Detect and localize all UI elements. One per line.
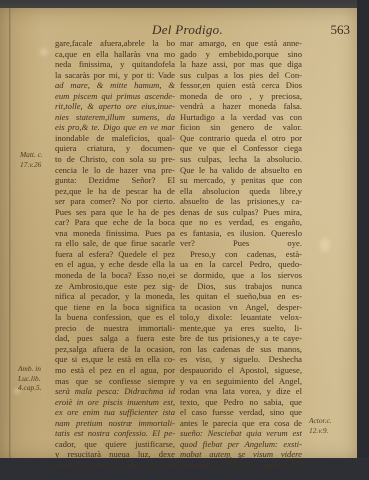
text-line: despauorido el Apostol, siguese,: [180, 365, 302, 376]
text-line: moneda de la boca? Esso no,ei: [55, 270, 175, 281]
text-line: eroiè in ore piscis inuentum est,: [55, 397, 175, 408]
text-line: nies staterem,illum sumens, da: [55, 112, 175, 123]
margin-note-line: 17.v.26: [20, 160, 56, 170]
text-line: pez,salga afuera de la ocasion,: [55, 344, 175, 355]
text-line: ze Ambrosio,que este pez sig-: [55, 281, 175, 292]
text-line: que tiene en la boca significa: [55, 302, 175, 313]
text-line: se dormido, que a los siervos: [180, 270, 302, 281]
text-line: ca,que en ella hallaràs vna mo: [55, 49, 175, 60]
text-line: que si es,que le està en ella co-: [55, 354, 175, 365]
text-line: inondable de maleficios, qual-: [55, 133, 175, 144]
text-line: de Dios, sus trabajos nunca: [180, 281, 302, 292]
text-line: antes le parecia que era cosa de: [180, 418, 302, 429]
text-line: ad mare, & mitte hamum, &: [55, 80, 175, 91]
text-line: su mercado, y penitas que con: [180, 175, 302, 186]
scanned-page: Del Prodigo. 563 gare,facale afuera,abre…: [0, 0, 369, 480]
gutter-fold: [9, 8, 11, 460]
text-line: dad, pues salga a fuera este: [55, 333, 175, 344]
text-line: ua en la carcel Pedro, quedo-: [180, 259, 302, 270]
text-line: y va en seguimiento del Angel,: [180, 376, 302, 387]
text-line: bre de tus prisiones,y a te caye-: [180, 333, 302, 344]
text-line: ser para comer? No por cierto.: [55, 196, 175, 207]
text-line: rit,tolle, & aperto ore eius,inue-: [55, 101, 175, 112]
margin-note-line: 12.v.9.: [309, 426, 349, 436]
text-line: precio de nuestra immortali-: [55, 323, 175, 334]
text-line: rodan vna lata vorea, y dize el: [180, 386, 302, 397]
text-line: y resucitarà nueua luz, dexe: [55, 449, 175, 460]
text-line: ra ello sale, de que firue sacarle: [55, 238, 175, 249]
margin-note-line: 4.cap.5.: [18, 383, 56, 393]
margin-note-line: Actor.c.: [309, 416, 349, 426]
text-line: gare,facale afuera,abrele la bo: [55, 38, 175, 49]
text-line: quiera criatura, y documen-: [55, 143, 175, 154]
text-line: es fantasia, es ilusion. Quereslo: [180, 228, 302, 239]
text-line: la haze assi, por mas que diga: [180, 59, 302, 70]
text-line: Hurtadigo a la verdad vas con: [180, 112, 302, 123]
page-footer: Nn 2 rrea,: [180, 455, 302, 466]
text-line: mente,que ya eres suelto, li-: [180, 323, 302, 334]
text-line: mo està el pez en el agua, por: [55, 365, 175, 376]
text-line: Pues ses para que le ha de pes: [55, 207, 175, 218]
text-line: nam pretium nostræ immortali-: [55, 418, 175, 429]
text-line: en el agua, y eche desde ella la: [55, 259, 175, 270]
left-text-column: gare,facale afuera,abrele la boca,que en…: [55, 38, 175, 470]
text-line: la buena confession, que es el: [55, 312, 175, 323]
text-line: texto, que Pedro no sabia, que: [180, 397, 302, 408]
text-line: mar amargo, en que està anne-: [180, 38, 302, 49]
text-line: dexe la ocasion, salga de este: [55, 460, 175, 471]
text-line: ella absolucion queda libre,y: [180, 186, 302, 197]
text-line: fuera al esfera? Quedele el pez: [55, 249, 175, 260]
page-header: Del Prodigo. 563: [55, 22, 350, 38]
text-line: el caso fuesse verdad, sino que: [180, 407, 302, 418]
text-line: que no es verdad, es engaño,: [180, 217, 302, 228]
text-line: serà mala pesca: Didrachma id: [55, 386, 175, 397]
margin-note-line: Amb. in: [18, 364, 56, 374]
text-line: sus culpas a los pies del Con-: [180, 70, 302, 81]
text-line: cencia le lo de hazer vna pre-: [55, 165, 175, 176]
margin-note-matthew: Matt. c. 17.v.26: [20, 150, 56, 169]
text-line: ta ocasion vn Angel, desper-: [180, 302, 302, 313]
right-edge-shadow: [357, 0, 369, 480]
text-line: Que contrario queda el otro por: [180, 133, 302, 144]
text-line: les quitan el sueño,bua en es-: [180, 291, 302, 302]
text-line: gado y embebido,porque sino: [180, 49, 302, 60]
text-line: nifica al pecador, y la moneda,: [55, 291, 175, 302]
margin-note-line: Matt. c.: [20, 150, 56, 160]
margin-note-acts: Actor.c. 12.v.9.: [309, 416, 349, 435]
text-line: tatis est nostra confessio. El pe-: [55, 428, 175, 439]
text-line: vna moneda finissima. Pues pa: [55, 228, 175, 239]
text-line: denas de sus culpas? Pues mira,: [180, 207, 302, 218]
paper-stain: [40, 48, 48, 56]
text-line: sueño: Nesciebat quia verum est: [180, 428, 302, 439]
text-line: que ve que el Confessor ciega: [180, 143, 302, 154]
text-line: gunta: Dezidme Señor? El: [55, 175, 175, 186]
text-line: ex ore enim tua sufficienter ista: [55, 407, 175, 418]
text-line: vendrà a hazer moneda falsa.: [180, 101, 302, 112]
running-title: Del Prodigo.: [152, 22, 223, 38]
text-line: la sacaràs por mi, y por ti: Vade: [55, 70, 175, 81]
text-line: eum piscem qui primus ascende-: [55, 91, 175, 102]
text-line: ver? Pues oye.: [180, 238, 302, 249]
text-line: es viso, y siguelo. Deshecha: [180, 354, 302, 365]
text-line: neda finissima, y quitandofela: [55, 59, 175, 70]
text-line: ficion sin genero de valor.: [180, 122, 302, 133]
text-line: sus culpas, lecha la absolucio.: [180, 154, 302, 165]
text-line: moneda de oro , y preciosa,: [180, 91, 302, 102]
catchword: rrea,: [286, 455, 302, 465]
text-line: pez,que le ha de pescar ha de: [55, 186, 175, 197]
paper-stain: [320, 238, 330, 252]
text-line: tolo,y dixole: leuantate velox-: [180, 312, 302, 323]
text-line: mas que se confiesse siempre: [55, 376, 175, 387]
text-line: Que le ha valido de absuelto en: [180, 165, 302, 176]
text-line: eis pro,& te. Digo que en ve mar: [55, 122, 175, 133]
margin-note-ambrose: Amb. in Luc.lib. 4.cap.5.: [18, 364, 56, 393]
right-text-column: mar amargo, en que està anne-gado y embe…: [180, 38, 302, 470]
text-line: car? Para que eche de la boca: [55, 217, 175, 228]
signature-mark: Nn 2: [226, 455, 243, 465]
text-line: fessor,en quien està cerca Dios: [180, 80, 302, 91]
text-line: ron las cadenas de sus manos,: [180, 344, 302, 355]
text-line: cador, que quiere justificarse,: [55, 439, 175, 450]
text-line: absuelto de las prisiones,y ca-: [180, 196, 302, 207]
text-line: quod fiebat per Angelum: exsti-: [180, 439, 302, 450]
text-line: Preso,y con cadenas, està-: [180, 249, 302, 260]
margin-note-line: Luc.lib.: [18, 374, 56, 384]
page-number: 563: [331, 22, 351, 38]
text-line: to de Christo, con sola su pre-: [55, 154, 175, 165]
